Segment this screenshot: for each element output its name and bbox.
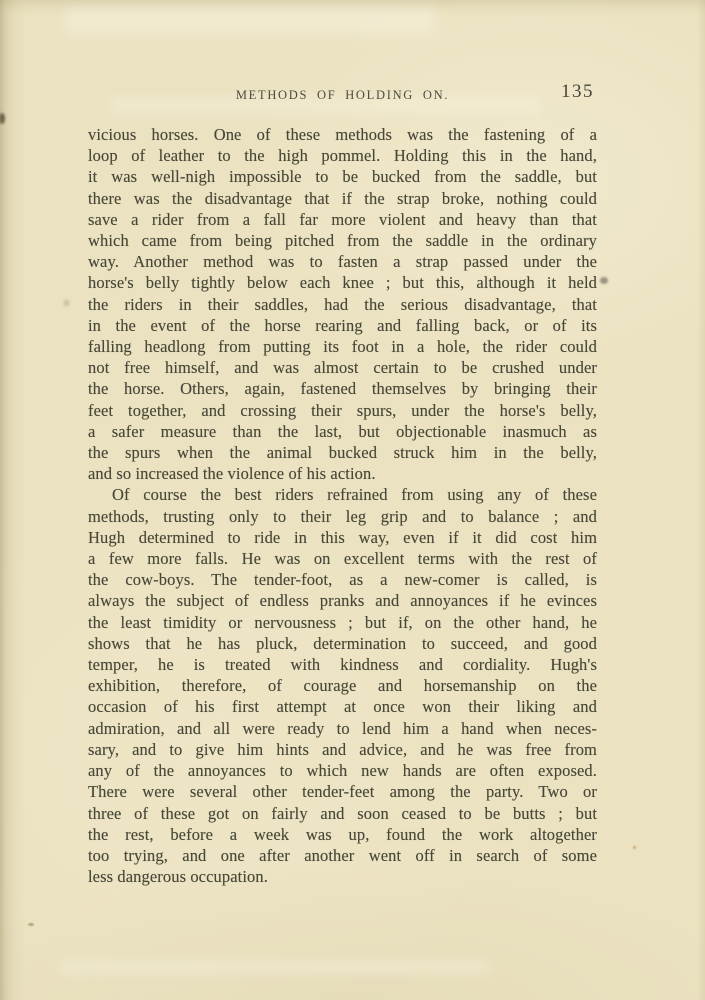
text-line: the riders in their saddles, had the ser… (88, 294, 597, 315)
ink-speck (600, 277, 608, 284)
text-line: exhibition, therefore, of courage and ho… (88, 675, 597, 696)
text-line: it was well-nigh impossible to be bucked… (88, 166, 597, 187)
text-line: any of the annoyances to which new hands… (88, 760, 597, 781)
text-line: loop of leather to the high pommel. Hold… (88, 145, 597, 166)
book-page: METHODS OF HOLDING ON. 135 vicious horse… (0, 0, 705, 1000)
text-line: occasion of his first attempt at once wo… (88, 696, 597, 717)
text-line: the least timidity or nervousness ; but … (88, 612, 597, 633)
text-line: way. Another method was to fasten a stra… (88, 251, 597, 272)
paragraph: vicious horses. One of these methods was… (88, 124, 597, 484)
text-line: sary, and to give him hints and advice, … (88, 739, 597, 760)
text-line: which came from being pitched from the s… (88, 230, 597, 251)
text-line: the spurs when the animal bucked struck … (88, 442, 597, 463)
ink-speck (0, 113, 5, 124)
page-header: METHODS OF HOLDING ON. 135 (88, 0, 597, 110)
text-line: less dangerous occupation. (88, 866, 597, 887)
text-line: vicious horses. One of these methods was… (88, 124, 597, 145)
text-line: temper, he is treated with kindness and … (88, 654, 597, 675)
ink-speck (64, 300, 69, 306)
page-number: 135 (561, 81, 594, 103)
text-line: Hugh determined to ride in this way, eve… (88, 527, 597, 548)
ink-speck (28, 923, 34, 926)
text-line: methods, trusting only to their leg grip… (88, 506, 597, 527)
running-title: METHODS OF HOLDING ON. (88, 88, 597, 103)
text-line: the rest, before a week was up, found th… (88, 824, 597, 845)
text-line: too trying, and one after another went o… (88, 845, 597, 866)
text-line: admiration, and all were ready to lend h… (88, 718, 597, 739)
text-line: in the event of the horse rearing and fa… (88, 315, 597, 336)
paragraph: Of course the best riders refrained from… (88, 484, 597, 887)
text-line: not free himself, and was almost certain… (88, 357, 597, 378)
text-line: a safer measure than the last, but objec… (88, 421, 597, 442)
page-edge-shading-left (0, 0, 26, 1000)
text-line: the horse. Others, again, fastened thems… (88, 378, 597, 399)
text-line: feet together, and crossing their spurs,… (88, 400, 597, 421)
text-line: there was the disadvantage that if the s… (88, 188, 597, 209)
text-line: falling headlong from putting its foot i… (88, 336, 597, 357)
text-line: a few more falls. He was on excellent te… (88, 548, 597, 569)
body-text: vicious horses. One of these methods was… (88, 124, 597, 887)
page-showthrough (60, 960, 490, 974)
text-line: the cow-boys. The tender-foot, as a new-… (88, 569, 597, 590)
text-line: horse's belly tightly below each knee ; … (88, 272, 597, 293)
text-line: always the subject of endless pranks and… (88, 590, 597, 611)
page-edge-shading-right (697, 0, 705, 1000)
text-line: save a rider from a fall far more violen… (88, 209, 597, 230)
text-line: Of course the best riders refrained from… (88, 484, 597, 505)
text-line: shows that he has pluck, determination t… (88, 633, 597, 654)
text-line: There were several other tender-feet amo… (88, 781, 597, 802)
ink-speck (633, 846, 636, 849)
text-line: three of these got on fairly and soon ce… (88, 803, 597, 824)
text-line: and so increased the violence of his act… (88, 463, 597, 484)
